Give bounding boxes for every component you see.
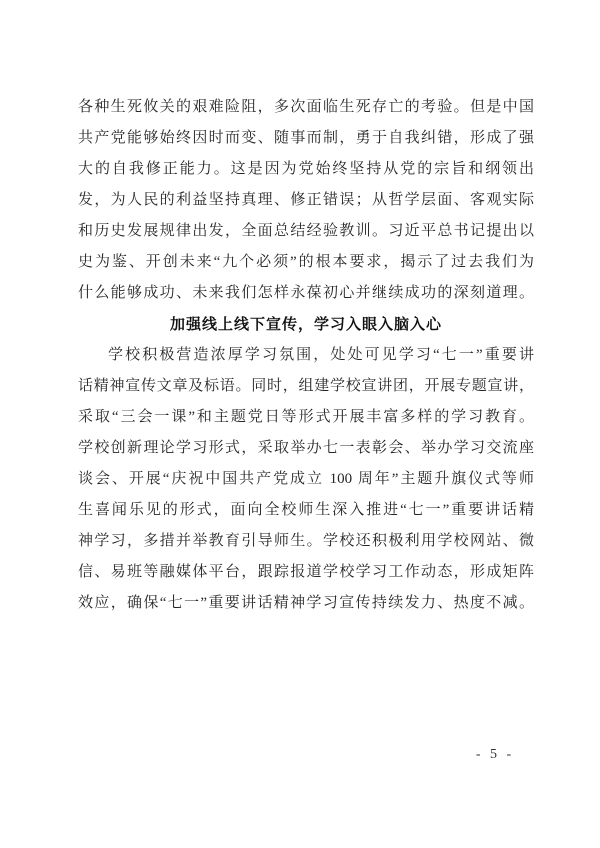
- document-page: 各种生死攸关的艰难险阻，多次面临生死存亡的考验。但是中国 共产党能够始终因时而变…: [0, 0, 600, 848]
- paragraph1-line: 和历史发展规律出发，全面总结经验教训。习近平总书记提出以: [78, 216, 534, 247]
- paragraph2-line: 话精神宣传文章及标语。同时，组建学校宣讲团，开展专题宣讲，: [78, 371, 534, 402]
- paragraph1-line: 发，为人民的利益坚持真理、修正错误；从哲学层面、客观实际: [78, 185, 534, 216]
- paragraph2-line: 神学习，多措并举教育引导师生。学校还积极利用学校网站、微: [78, 526, 534, 557]
- paragraph2-line: 谈会、开展“庆祝中国共产党成立 100 周年”主题升旗仪式等师: [78, 464, 534, 495]
- paragraph1-line: 史为鉴、开创未来“九个必须”的根本要求，揭示了过去我们为: [78, 247, 534, 278]
- paragraph1-line: 共产党能够始终因时而变、随事而制，勇于自我纠错，形成了强: [78, 123, 534, 154]
- paragraph2-line: 效应，确保“七一”重要讲话精神学习宣传持续发力、热度不减。: [78, 588, 534, 619]
- paragraph1-line: 大的自我修正能力。这是因为党始终坚持从党的宗旨和纲领出: [78, 154, 534, 185]
- page-number: - 5 -: [462, 746, 528, 764]
- paragraph1-line: 各种生死攸关的艰难险阻，多次面临生死存亡的考验。但是中国: [78, 92, 534, 123]
- document-body: 各种生死攸关的艰难险阻，多次面临生死存亡的考验。但是中国 共产党能够始终因时而变…: [78, 92, 534, 619]
- paragraph2-line: 信、易班等融媒体平台，跟踪报道学校学习工作动态，形成矩阵: [78, 557, 534, 588]
- paragraph2-line: 采取“三会一课”和主题党日等形式开展丰富多样的学习教育。: [78, 402, 534, 433]
- paragraph1-line: 什么能够成功、未来我们怎样永葆初心并继续成功的深刻道理。: [78, 278, 534, 309]
- paragraph2-line: 生喜闻乐见的形式，面向全校师生深入推进“七一”重要讲话精: [78, 495, 534, 526]
- paragraph2-line: 学校积极营造浓厚学习氛围，处处可见学习“七一”重要讲: [78, 340, 534, 371]
- section-heading: 加强线上线下宣传，学习入眼入脑入心: [78, 309, 534, 340]
- paragraph2-line: 学校创新理论学习形式，采取举办七一表彰会、举办学习交流座: [78, 433, 534, 464]
